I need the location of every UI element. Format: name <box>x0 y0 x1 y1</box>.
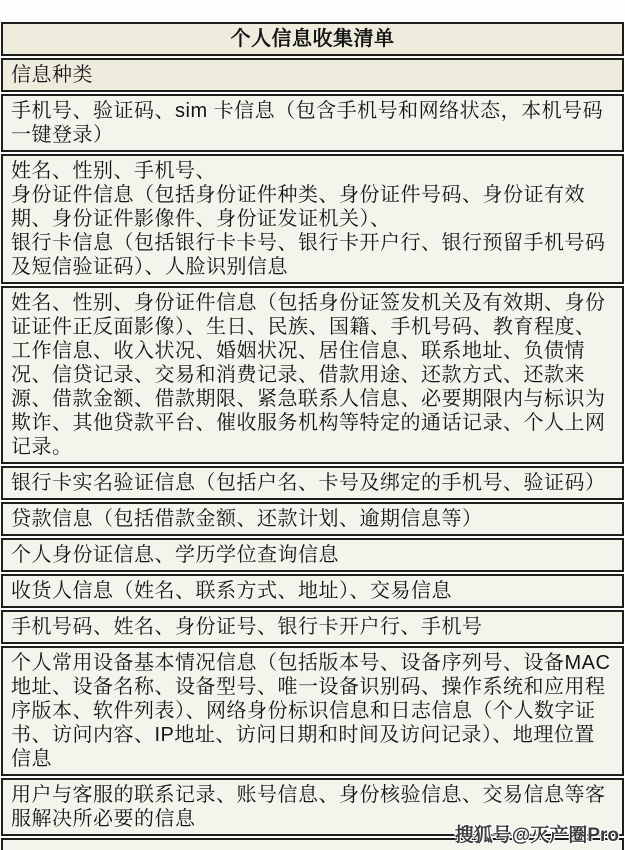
personal-info-collection-table: 个人信息收集清单 信息种类 手机号、验证码、sim 卡信息（包含手机号和网络状态… <box>1 22 624 850</box>
table-row: 手机号码、姓名、身份证号、银行卡开户行、手机号 <box>1 610 624 644</box>
table-row: 银行卡实名验证信息（包括户名、卡号及绑定的手机号、验证码） <box>1 466 624 500</box>
column-header-info-type: 信息种类 <box>1 58 624 92</box>
table-row: 手机号、验证码、sim 卡信息（包含手机号和网络状态，本机号码一键登录） <box>1 94 624 152</box>
table-row: 姓名、性别、手机号、 身份证件信息（包括身份证件种类、身份证件号码、身份证有效期… <box>1 154 624 284</box>
table-row: 个人身份证信息、学历学位查询信息 <box>1 538 624 572</box>
table-row: 姓名、性别、身份证件信息（包括身份证签发机关及有效期、身份证证件正反面影像）、生… <box>1 286 624 464</box>
table-row: 个人常用设备基本情况信息（包括版本号、设备序列号、设备MAC地址、设备名称、设备… <box>1 646 624 776</box>
table-title: 个人信息收集清单 <box>1 22 624 56</box>
table-row: 收货人信息（姓名、联系方式、地址）、交易信息 <box>1 574 624 608</box>
table-row: 贷款信息（包括借款金额、还款计划、逾期信息等） <box>1 502 624 536</box>
watermark-sohu-account: 搜狐号@灭产圈Pro <box>455 820 619 847</box>
